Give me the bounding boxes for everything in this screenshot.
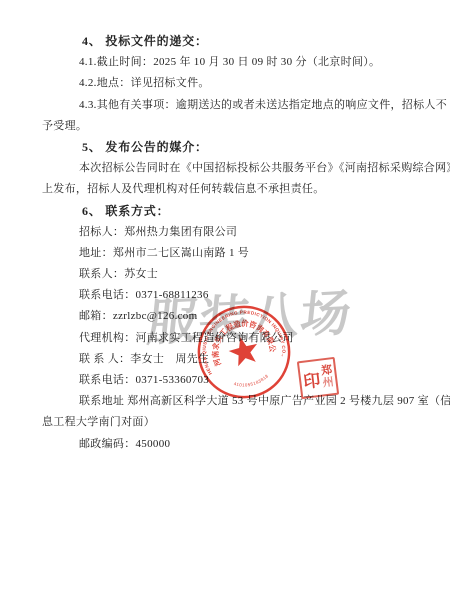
announcement-body: 4、 投标文件的递交： 4.1.截止时间：2025 年 10 月 30 日 09… xyxy=(42,31,416,455)
doc-line-media-body: 本次招标公告同时在《中国招标投标公共服务平台》《河南招标采购综合网》 xyxy=(42,158,416,179)
doc-line-agency-address-cont: 息工程大学南门对面） xyxy=(42,412,416,433)
doc-line-tenderer-email: 邮箱：zzrlzbc@126.com xyxy=(42,306,416,327)
doc-line-agency-address: 联系地址 郑州高新区科学大道 53 号中原广告产业园 2 号楼九层 907 室（… xyxy=(42,391,416,412)
doc-line-agency-phone: 联系电话：0371-53360703 xyxy=(42,370,416,391)
doc-line-location: 4.2.地点：详见招标文件。 xyxy=(42,73,416,94)
doc-line-other-matters-cont: 予受理。 xyxy=(42,116,416,137)
doc-line-tenderer-address: 地址：郑州市二七区嵩山南路 1 号 xyxy=(42,243,416,264)
doc-line-postal-code: 邮政编码：450000 xyxy=(42,434,416,455)
doc-line-media-heading: 5、 发布公告的媒介： xyxy=(42,137,416,158)
doc-line-tenderer: 招标人：郑州热力集团有限公司 xyxy=(42,222,416,243)
doc-line-tenderer-contact: 联系人：苏女士 xyxy=(42,264,416,285)
doc-line-tenderer-phone: 联系电话：0371-68811236 xyxy=(42,285,416,306)
doc-line-deadline: 4.1.截止时间：2025 年 10 月 30 日 09 时 30 分（北京时间… xyxy=(42,52,416,73)
doc-line-media-body-cont: 上发布，招标人及代理机构对任何转载信息不承担责任。 xyxy=(42,179,416,200)
doc-line-submission-heading: 4、 投标文件的递交： xyxy=(42,31,416,52)
doc-line-other-matters: 4.3.其他有关事项：逾期送达的或者未送达指定地点的响应文件，招标人不 xyxy=(42,95,416,116)
doc-line-agency-contact: 联 系 人：李女士 周先生 xyxy=(42,349,416,370)
doc-line-agency: 代理机构：河南求实工程造价咨询有限公司 xyxy=(42,328,416,349)
doc-line-contact-heading: 6、 联系方式： xyxy=(42,201,416,222)
document-page: 4、 投标文件的递交： 4.1.截止时间：2025 年 10 月 30 日 09… xyxy=(0,0,450,600)
